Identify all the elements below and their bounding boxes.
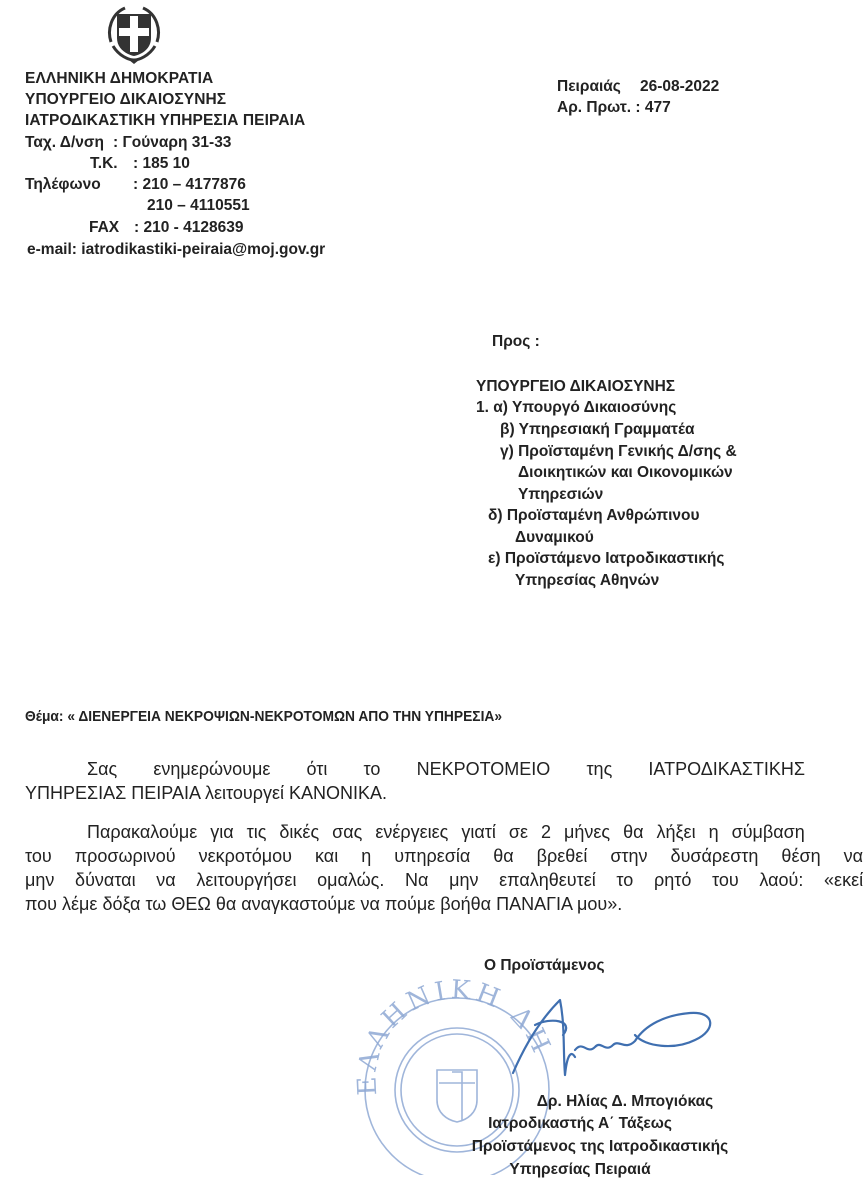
body-paragraph-2: Παρακαλούμε για τις δικές σας ενέργειες … — [25, 820, 863, 916]
paragraph-line: που λέμε δόξα τω ΘΕΩ θα αναγκαστούμε να … — [25, 892, 863, 916]
postcode-value: : 185 10 — [133, 153, 190, 174]
body-paragraph-1: Σας ενημερώνουμε ότι το ΝΕΚΡΟΤΟΜΕΙΟ της … — [25, 757, 863, 805]
postcode-label: Τ.Κ. — [90, 153, 118, 174]
org-ministry: ΥΠΟΥΡΓΕΙΟ ΔΙΚΑΙΟΣΥΝΗΣ — [25, 89, 226, 110]
signature-title: Ο Προϊστάμενος — [484, 957, 605, 975]
signer-name: Δρ. Ηλίας Δ. Μπογιόκας — [500, 1090, 750, 1113]
email-link[interactable]: e-mail: iatrodikastiki-peiraia@moj.gov.g… — [27, 239, 325, 260]
org-country: ΕΛΛΗΝΙΚΗ ΔΗΜΟΚΡΑΤΙΑ — [25, 68, 213, 89]
paragraph-line: μην δύναται να λειτουργήσει ομαλώς. Να μ… — [25, 868, 863, 892]
recipient-item: Δυναμικού — [515, 527, 594, 548]
recipient-item: β) Υπηρεσιακή Γραμματέα — [500, 419, 695, 440]
phone-label: Τηλέφωνο — [25, 174, 101, 195]
fax-value: : 210 - 4128639 — [134, 217, 243, 238]
recipient-item: Διοικητικών και Οικονομικών — [518, 462, 733, 483]
address-value: : Γούναρη 31-33 — [113, 132, 231, 153]
to-label: Προς : — [492, 333, 540, 351]
date: 26-08-2022 — [640, 78, 719, 96]
greek-coat-of-arms-icon — [103, 2, 165, 64]
signer-role: Προϊστάμενος της Ιατροδικαστικής — [415, 1135, 785, 1158]
recipient-item: 1. α) Υπουργό Δικαιοσύνης — [476, 397, 676, 418]
signer-service: Υπηρεσίας Πειραιά — [455, 1158, 705, 1181]
fax-label: FAX — [89, 217, 119, 238]
paragraph-line: Σας ενημερώνουμε ότι το ΝΕΚΡΟΤΟΜΕΙΟ της … — [25, 757, 863, 781]
recipient-item: γ) Προϊσταμένη Γενικής Δ/σης & — [500, 441, 737, 462]
protocol-number: Αρ. Πρωτ. : 477 — [557, 99, 671, 117]
handwritten-signature-icon — [505, 995, 720, 1080]
paragraph-line: του προσωρινού νεκροτόμου και η υπηρεσία… — [25, 844, 863, 868]
recipient-item: Υπηρεσίας Αθηνών — [515, 570, 659, 591]
signer-rank: Ιατροδικαστής Α΄ Τάξεως — [455, 1112, 705, 1135]
phone-value-1: : 210 – 4177876 — [133, 174, 246, 195]
phone-value-2: 210 – 4110551 — [147, 195, 250, 216]
address-label: Ταχ. Δ/νση — [25, 132, 104, 153]
recipient-item: δ) Προϊσταμένη Ανθρώπινου — [488, 505, 700, 526]
org-service: ΙΑΤΡΟΔΙΚΑΣΤΙΚΗ ΥΠΗΡΕΣΙΑ ΠΕΙΡΑΙΑ — [25, 110, 305, 131]
recipient-item: ε) Προϊστάμενο Ιατροδικαστικής — [488, 548, 724, 569]
subject-line: Θέμα: « ΔΙΕΝΕΡΓΕΙΑ ΝΕΚΡΟΨΙΩΝ-ΝΕΚΡΟΤΟΜΩΝ … — [25, 708, 502, 725]
place: Πειραιάς — [557, 78, 621, 96]
paragraph-line: Παρακαλούμε για τις δικές σας ενέργειες … — [25, 820, 863, 844]
recipient-ministry: ΥΠΟΥΡΓΕΙΟ ΔΙΚΑΙΟΣΥΝΗΣ — [476, 376, 675, 397]
paragraph-line: ΥΠΗΡΕΣΙΑΣ ΠΕΙΡΑΙΑ λειτουργεί ΚΑΝΟΝΙΚΑ. — [25, 781, 863, 805]
recipient-item: Υπηρεσιών — [518, 484, 603, 505]
